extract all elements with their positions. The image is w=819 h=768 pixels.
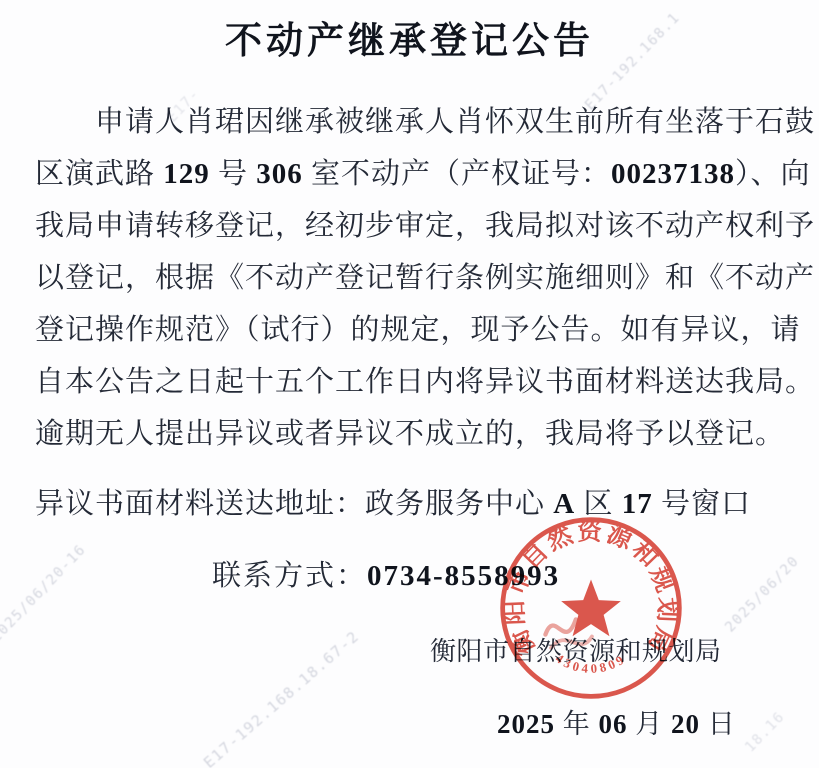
- paragraph-line: 申请人肖珺因继承被继承人肖怀双生前所有坐落于石鼓: [35, 96, 787, 148]
- scanned-notice-document: 不动产继承登记公告 申请人肖珺因继承被继承人肖怀双生前所有坐落于石鼓 区演武路 …: [0, 0, 819, 768]
- paragraph-line: 我局申请转移登记，经初步审定，我局拟对该不动产权利予: [35, 200, 787, 252]
- paragraph-line: 自本公告之日起十五个工作日内将异议书面材料送达我局。: [35, 356, 787, 408]
- notice-body: 申请人肖珺因继承被继承人肖怀双生前所有坐落于石鼓 区演武路 129 号 306 …: [35, 96, 787, 460]
- paragraph-line: 区演武路 129 号 306 室不动产（产权证号：00237138）、向: [35, 148, 787, 200]
- paragraph-line: 以登记，根据《不动产登记暂行条例实施细则》和《不动产: [35, 252, 787, 304]
- official-seal: 衡阳市自然资源和规划局 43040809: [496, 513, 686, 703]
- seal-star-icon: [561, 580, 621, 637]
- notice-title: 不动产继承登记公告: [0, 10, 819, 64]
- paragraph-line: 登记操作规范》（试行）的规定，现予公告。如有异议，请: [35, 304, 787, 356]
- watermark-fragment: 2025/06/20: [722, 553, 802, 636]
- date-line: 2025 年 06 月 20 日: [497, 704, 736, 744]
- contact-line: 联系方式：0734-8558993: [212, 554, 560, 598]
- watermark-fragment: 18.16: [742, 709, 788, 756]
- watermark-fragment: 2025/06/20-16: [0, 542, 89, 646]
- paragraph-line: 逾期无人提出异议或者异议不成立的，我局将予以登记。: [35, 408, 787, 460]
- address-line: 异议书面材料送达地址：政务服务中心 A 区 17 号窗口: [35, 478, 751, 530]
- watermark-fragment: E17-192.168.18.67-2: [200, 627, 363, 768]
- issuer-line: 衡阳市自然资源和规划局: [430, 632, 722, 672]
